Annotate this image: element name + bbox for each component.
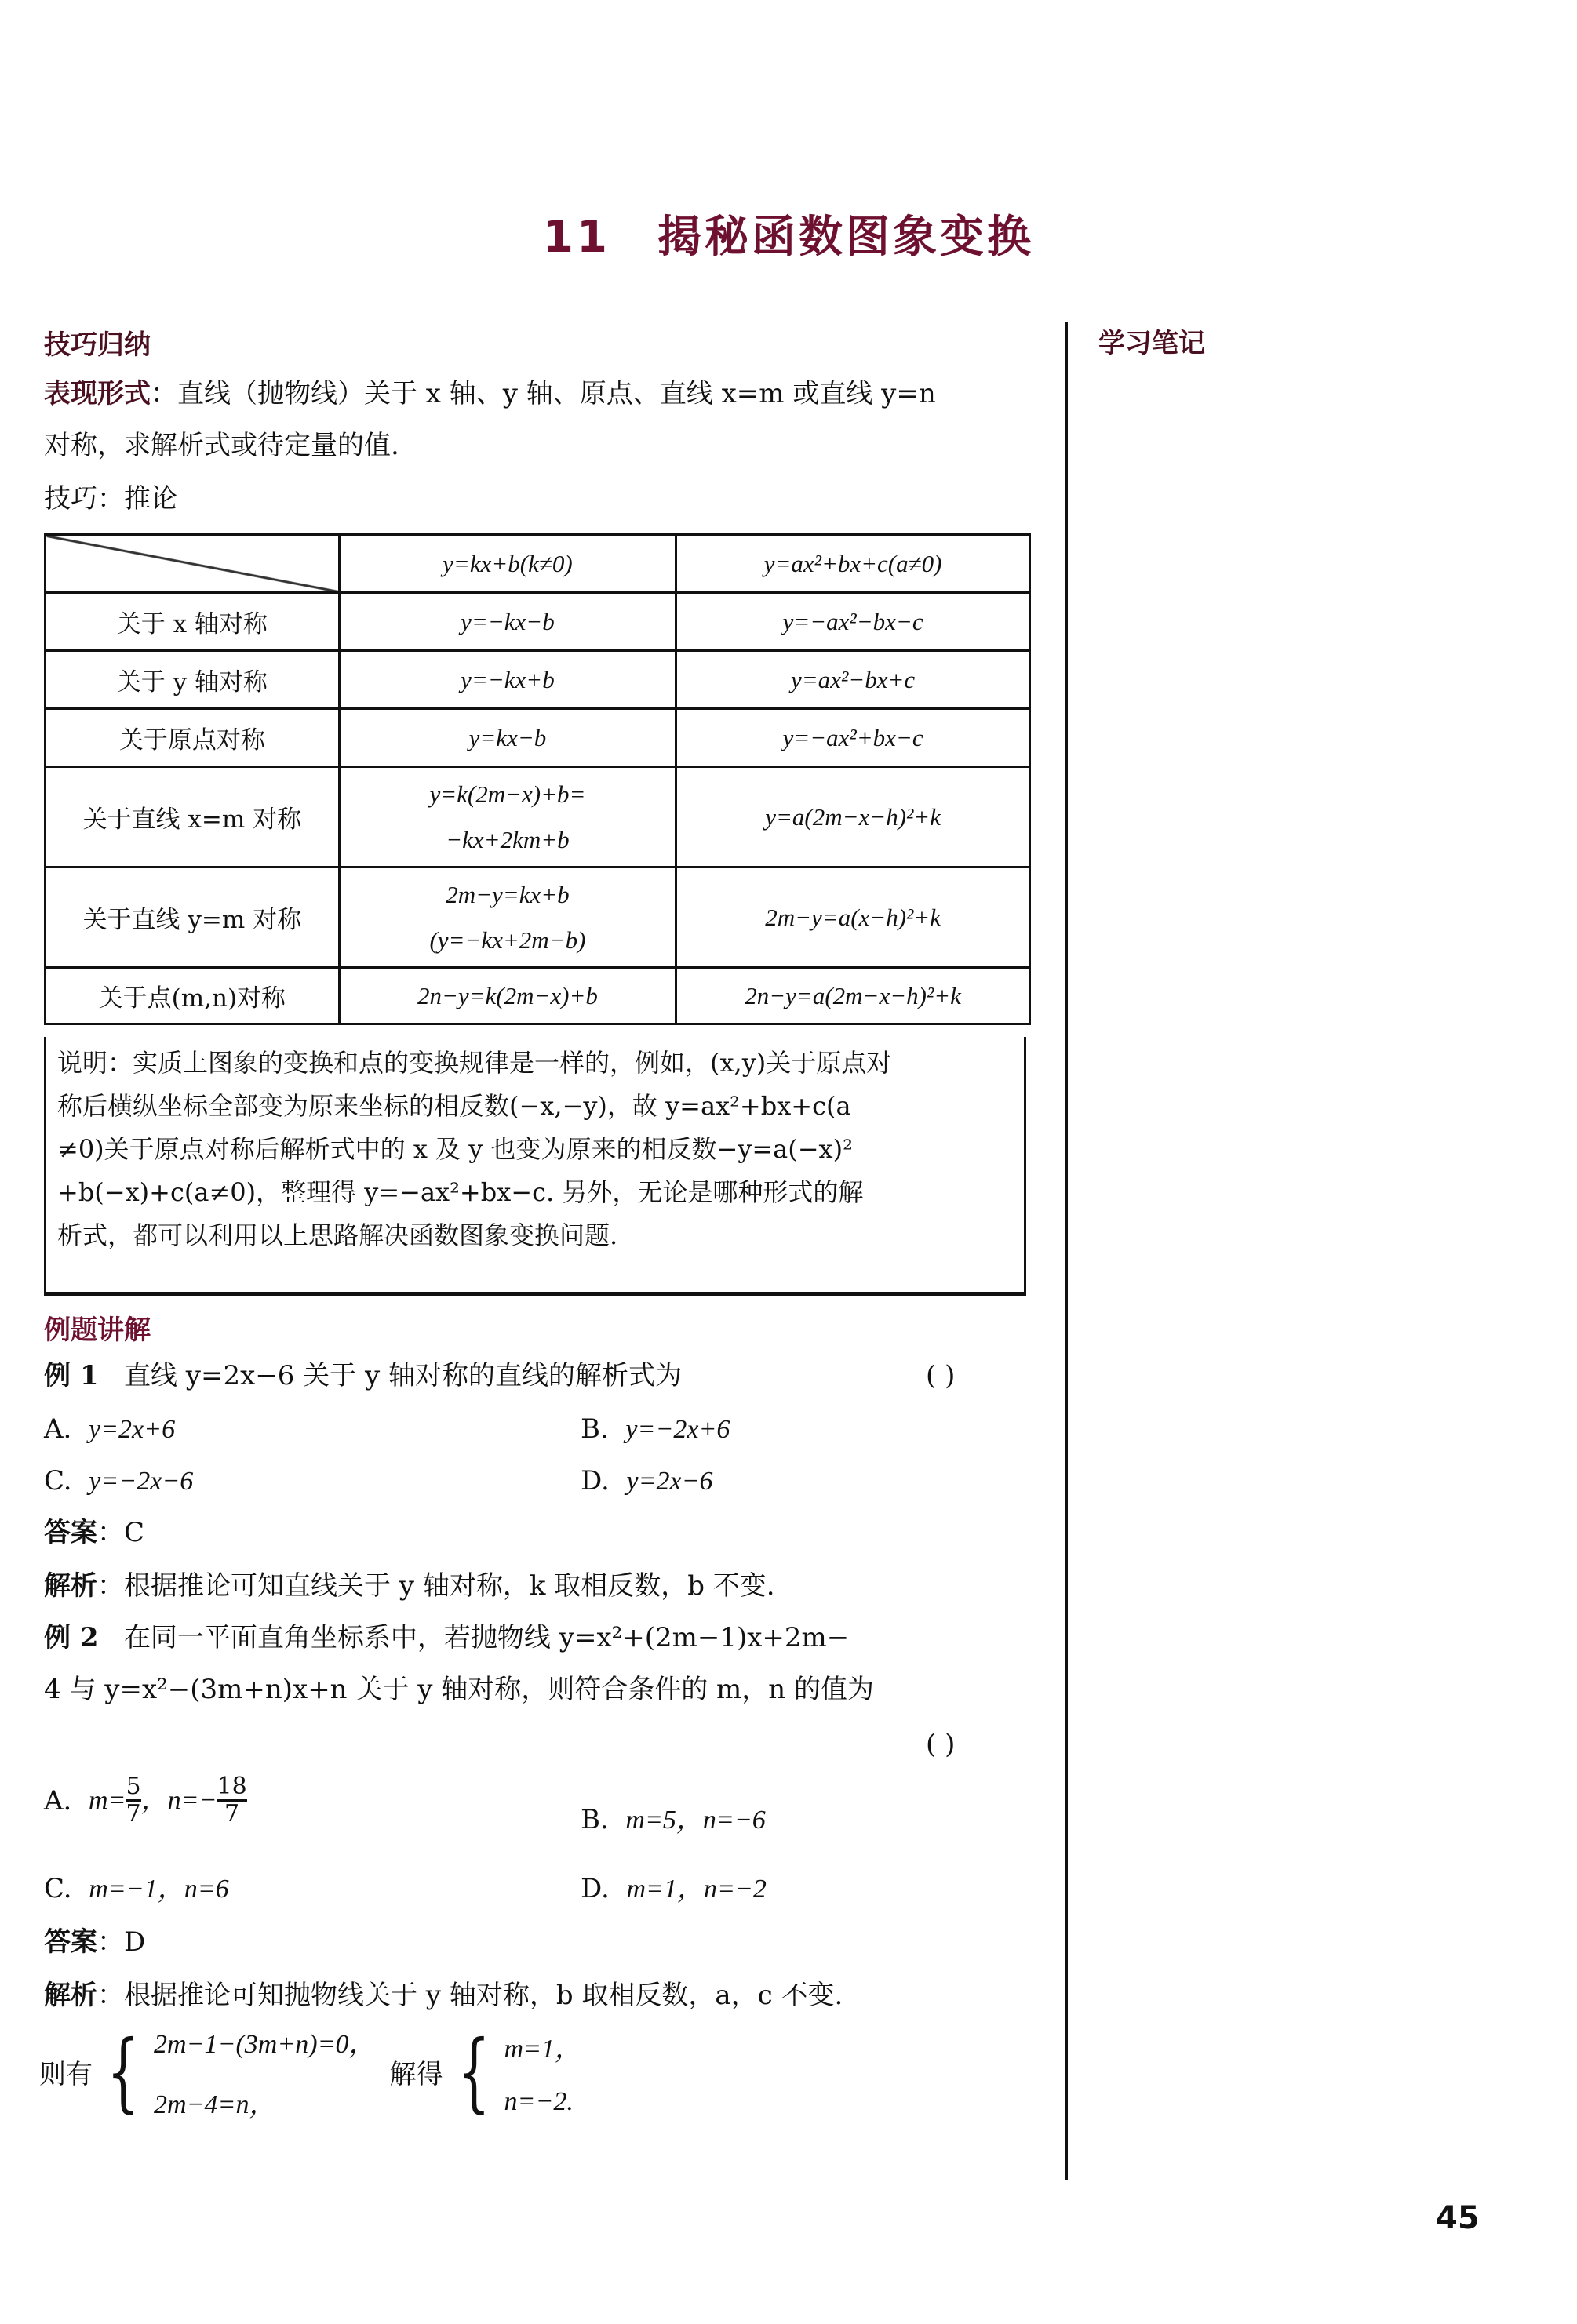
system-prefix: 则有 <box>39 2053 93 2091</box>
option-key: B. <box>581 1413 609 1445</box>
page-number: 45 <box>1436 2200 1480 2236</box>
option-key: D. <box>581 1465 610 1497</box>
example-1-option-c: C. y=−2x−6 <box>44 1465 515 1497</box>
option-text: y=2x+6 <box>89 1415 175 1444</box>
row-quadratic: 2n−y=a(2m−x−h)²+k <box>676 968 1030 1024</box>
option-key: B. <box>581 1804 609 1835</box>
technique-label: 技巧 <box>44 483 97 515</box>
row-label: 关于 y 轴对称 <box>46 651 340 709</box>
table-header-quadratic: y=ax²+bx+c(a≠0) <box>676 535 1030 593</box>
row-label: 关于直线 x=m 对称 <box>46 767 340 867</box>
example-2-question-line-2: 4 与 y=x²−(3m+n)x+n 关于 y 轴对称，则符合条件的 m，n 的… <box>44 1674 1025 1705</box>
example-2-option-a: A. m= 57 ，n=− 187 <box>44 1774 546 1827</box>
option-key: A. <box>44 1785 71 1817</box>
technique-line: 技巧：推论 <box>44 483 1025 515</box>
answer-value: ：C <box>97 1517 144 1548</box>
row-quadratic: y=ax²−bx+c <box>676 651 1030 709</box>
example-1-text: 直线 y=2x−6 关于 y 轴对称的直线的解析式为 <box>124 1360 682 1391</box>
denominator: 7 <box>224 1802 239 1827</box>
row-quadratic: y=−ax²−bx−c <box>676 593 1030 651</box>
form-text: ：直线（抛物线）关于 x 轴、y 轴、原点、直线 x=m 或直线 y=n <box>151 378 936 409</box>
row-linear: 2m−y=kx+b (y=−kx+2m−b) <box>339 867 676 968</box>
analysis-text: ：根据推论可知抛物线关于 y 轴对称，b 取相反数，a，c 不变. <box>97 1980 843 2011</box>
row-linear-line1: y=k(2m−x)+b= <box>347 772 669 817</box>
answer-value: ：D <box>97 1926 145 1958</box>
note-line: 说明：实质上图象的变换和点的变换规律是一样的，例如，(x,y)关于原点对 <box>57 1042 1013 1085</box>
chapter-number: 11 <box>543 212 610 263</box>
transform-table: y=kx+b(k≠0) y=ax²+bx+c(a≠0) 关于 x 轴对称 y=−… <box>44 533 1031 1025</box>
example-1-question: 例 1 直线 y=2x−6 关于 y 轴对称的直线的解析式为 <box>44 1360 1025 1391</box>
example-2-option-d: D. m=1，n=−2 <box>581 1873 1020 1905</box>
option-text: m=1，n=−2 <box>626 1875 766 1904</box>
left-brace-icon: { <box>457 2028 490 2115</box>
examples-heading: 例题讲解 <box>44 1308 151 1347</box>
technique-value: ：推论 <box>97 483 177 515</box>
row-linear: y=kx−b <box>339 709 676 767</box>
page-title: 11揭秘函数图象变换 <box>0 202 1577 265</box>
row-linear: y=−kx+b <box>339 651 676 709</box>
option-text: y=−2x−6 <box>89 1467 193 1496</box>
option-text: y=2x−6 <box>626 1467 712 1496</box>
equation: 2m−4=n， <box>154 2082 376 2121</box>
form-line-1: 表现形式：直线（抛物线）关于 x 轴、y 轴、原点、直线 x=m 或直线 y=n <box>44 378 1025 409</box>
table-note: 说明：实质上图象的变换和点的变换规律是一样的，例如，(x,y)关于原点对 称后横… <box>44 1037 1026 1296</box>
table-row: 关于 x 轴对称 y=−kx−b y=−ax²−bx−c <box>46 593 1030 651</box>
row-quadratic: 2m−y=a(x−h)²+k <box>676 867 1030 968</box>
example-2-option-c: C. m=−1，n=6 <box>44 1873 515 1905</box>
row-linear: 2n−y=k(2m−x)+b <box>339 968 676 1024</box>
example-2-analysis: 解析：根据推论可知抛物线关于 y 轴对称，b 取相反数，a，c 不变. <box>44 1980 1025 2011</box>
analysis-label: 解析 <box>44 1980 97 2011</box>
option-text: ，n=− <box>141 1785 217 1817</box>
numerator: 18 <box>217 1774 246 1799</box>
column-divider <box>1065 322 1068 2180</box>
option-key: A. <box>44 1413 71 1445</box>
note-line: 析式，都可以利用以上思路解决函数图象变换问题. <box>57 1214 1013 1257</box>
example-1-analysis: 解析：根据推论可知直线关于 y 轴对称，k 取相反数，b 不变. <box>44 1570 1025 1602</box>
equation-system: 则有 { 2m−1−(3m+n)=0， 2m−4=n， 解得 { m=1， n=… <box>39 2022 581 2121</box>
note-line: +b(−x)+c(a≠0)，整理得 y=−ax²+bx−c. 另外，无论是哪种形… <box>57 1171 1013 1214</box>
note-line: 称后横纵坐标全部变为原来坐标的相反数(−x,−y)，故 y=ax²+bx+c(a <box>57 1085 1013 1128</box>
table-row: 关于直线 x=m 对称 y=k(2m−x)+b= −kx+2km+b y=a(2… <box>46 767 1030 867</box>
system-equations: 2m−1−(3m+n)=0， 2m−4=n， <box>154 2022 376 2121</box>
option-text: m= <box>89 1785 126 1817</box>
table-row: 关于直线 y=m 对称 2m−y=kx+b (y=−kx+2m−b) 2m−y=… <box>46 867 1030 968</box>
fraction-m: 57 <box>126 1774 141 1827</box>
example-2-option-b: B. m=5，n=−6 <box>581 1804 1020 1836</box>
table-row: 关于 y 轴对称 y=−kx+b y=ax²−bx+c <box>46 651 1030 709</box>
row-label: 关于直线 y=m 对称 <box>46 867 340 968</box>
option-text: m=5，n=−6 <box>625 1806 765 1835</box>
note-line: ≠0)关于原点对称后解析式中的 x 及 y 也变为原来的相反数−y=a(−x)² <box>57 1128 1013 1171</box>
form-label: 表现形式 <box>44 378 151 409</box>
solution-equations: m=1， n=−2. <box>504 2027 582 2117</box>
row-linear: y=−kx−b <box>339 593 676 651</box>
equation: m=1， <box>504 2027 582 2065</box>
row-linear: y=k(2m−x)+b= −kx+2km+b <box>339 767 676 867</box>
equation: n=−2. <box>504 2087 582 2117</box>
example-1-answer-blank: ( ) <box>926 1360 955 1391</box>
analysis-label: 解析 <box>44 1570 97 1602</box>
form-line-2: 对称，求解析式或待定量的值. <box>44 430 1025 461</box>
example-2-answer: 答案：D <box>44 1926 1025 1958</box>
study-notes-heading: 学习笔记 <box>1098 322 1205 360</box>
analysis-text: ：根据推论可知直线关于 y 轴对称，k 取相反数，b 不变. <box>97 1570 775 1602</box>
row-quadratic: y=a(2m−x−h)²+k <box>676 767 1030 867</box>
answer-label: 答案 <box>44 1926 97 1958</box>
row-label: 关于点(m,n)对称 <box>46 968 340 1024</box>
table-row: 关于点(m,n)对称 2n−y=k(2m−x)+b 2n−y=a(2m−x−h)… <box>46 968 1030 1024</box>
option-key: C. <box>44 1873 72 1904</box>
row-quadratic: y=−ax²+bx−c <box>676 709 1030 767</box>
solved-prefix: 解得 <box>390 2053 443 2091</box>
example-1-option-b: B. y=−2x+6 <box>581 1413 1020 1446</box>
option-key: C. <box>44 1465 72 1497</box>
table-row: 关于原点对称 y=kx−b y=−ax²+bx−c <box>46 709 1030 767</box>
skills-heading: 技巧归纳 <box>44 323 151 362</box>
table-header-linear: y=kx+b(k≠0) <box>339 535 676 593</box>
example-2-text-1: 在同一平面直角坐标系中，若抛物线 y=x²+(2m−1)x+2m− <box>124 1622 849 1653</box>
left-brace-icon: { <box>107 2028 140 2115</box>
example-1-option-a: A. y=2x+6 <box>44 1413 515 1446</box>
option-text: y=−2x+6 <box>625 1415 730 1444</box>
row-linear-line2: (y=−kx+2m−b) <box>347 918 669 963</box>
numerator: 5 <box>126 1774 141 1799</box>
example-2-question-line-1: 例 2 在同一平面直角坐标系中，若抛物线 y=x²+(2m−1)x+2m− <box>44 1622 1025 1653</box>
example-2-label: 例 2 <box>44 1622 99 1653</box>
equation: 2m−1−(3m+n)=0， <box>154 2022 376 2060</box>
row-linear-line2: −kx+2km+b <box>347 817 669 863</box>
chapter-title: 揭秘函数图象变换 <box>657 212 1034 263</box>
example-2-answer-blank: ( ) <box>926 1729 955 1760</box>
answer-label: 答案 <box>44 1517 97 1548</box>
example-1-answer: 答案：C <box>44 1517 1025 1548</box>
denominator: 7 <box>126 1802 141 1827</box>
example-1-option-d: D. y=2x−6 <box>581 1465 1020 1497</box>
option-key: D. <box>581 1873 610 1904</box>
example-1-label: 例 1 <box>44 1360 99 1391</box>
row-label: 关于 x 轴对称 <box>46 593 340 651</box>
table-header-row: y=kx+b(k≠0) y=ax²+bx+c(a≠0) <box>46 535 1030 593</box>
table-corner-cell <box>46 535 340 593</box>
row-linear-line1: 2m−y=kx+b <box>347 872 669 918</box>
row-label: 关于原点对称 <box>46 709 340 767</box>
option-text: m=−1，n=6 <box>89 1875 228 1904</box>
fraction-n: 187 <box>217 1774 246 1827</box>
